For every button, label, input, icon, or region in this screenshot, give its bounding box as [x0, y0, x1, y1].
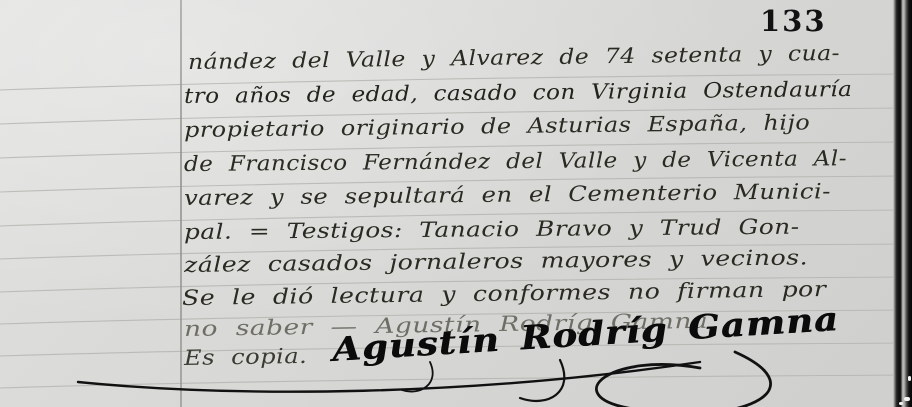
paper-speck	[904, 397, 910, 401]
page-edge-shadow	[893, 0, 912, 407]
page-number: 133	[760, 4, 827, 38]
paper-speck	[899, 402, 903, 405]
scanned-register-page: 133 nández del Valle y Alvarez de 74 set…	[0, 0, 912, 407]
paper-speck	[908, 376, 911, 381]
margin-line	[180, 0, 182, 407]
manuscript-line: Es copia.	[184, 344, 308, 370]
